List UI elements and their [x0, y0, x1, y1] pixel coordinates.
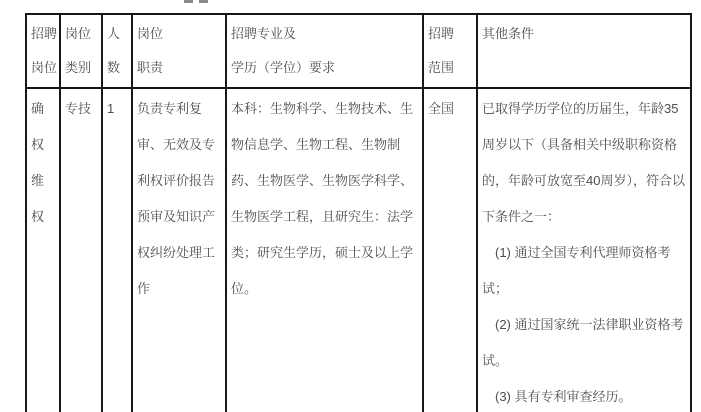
other-conditions-intro: 已取得学历学位的历届生，年龄35周岁以下（具备相关中级职称资格的，年龄可放宽至4…: [482, 91, 687, 235]
column-header-other: 其他条件: [477, 14, 691, 88]
column-header-headcount: 人 数: [102, 14, 132, 88]
other-conditions-item-2: (2) 通过国家统一法律职业资格考试。: [482, 307, 687, 379]
column-header-scope: 招聘 范围: [423, 14, 477, 88]
header-line: 类别: [65, 51, 98, 85]
column-header-major: 招聘专业及 学历（学位）要求: [226, 14, 423, 88]
column-header-duties: 岗位 职责: [132, 14, 226, 88]
header-line: 招聘: [31, 17, 56, 51]
page-root: 招聘 岗位 岗位 类别 人 数 岗位 职责 招聘专业及 学历（学位）要求: [0, 0, 701, 412]
table-header-row: 招聘 岗位 岗位 类别 人 数 岗位 职责 招聘专业及 学历（学位）要求: [26, 14, 691, 88]
cell-major: 本科：生物科学、生物技术、生物信息学、生物工程、生物制药、生物医学、生物医学科学…: [226, 88, 423, 412]
cell-scope: 全国: [423, 88, 477, 412]
header-line: 岗位: [65, 17, 98, 51]
header-line: 人: [107, 17, 128, 51]
header-line: 招聘专业及: [231, 17, 419, 51]
recruitment-table: 招聘 岗位 岗位 类别 人 数 岗位 职责 招聘专业及 学历（学位）要求: [25, 13, 692, 412]
header-line: 数: [107, 51, 128, 85]
cell-position: 确权维权: [26, 88, 60, 412]
header-line: 学历（学位）要求: [231, 51, 419, 85]
header-line: 招聘: [428, 17, 473, 51]
header-line: 岗位: [31, 51, 56, 85]
cell-headcount: 1: [102, 88, 132, 412]
header-line: 范围: [428, 51, 473, 85]
column-header-position: 招聘 岗位: [26, 14, 60, 88]
other-conditions-item-3: (3) 具有专利审查经历。: [482, 379, 687, 412]
column-header-category: 岗位 类别: [60, 14, 102, 88]
header-line: 岗位: [137, 17, 222, 51]
header-line: 职责: [137, 51, 222, 85]
cell-category: 专技: [60, 88, 102, 412]
cell-other-conditions: 已取得学历学位的历届生，年龄35周岁以下（具备相关中级职称资格的，年龄可放宽至4…: [477, 88, 691, 412]
table-row: 确权维权 专技 1 负责专利复审、无效及专利权评价报告预审及知识产权纠纷处理工作…: [26, 88, 691, 412]
other-conditions-item-1: (1) 通过全国专利代理师资格考试；: [482, 235, 687, 307]
header-line: 其他条件: [482, 17, 687, 51]
cropped-text-remnant: [184, 0, 218, 4]
cell-duties: 负责专利复审、无效及专利权评价报告预审及知识产权纠纷处理工作: [132, 88, 226, 412]
